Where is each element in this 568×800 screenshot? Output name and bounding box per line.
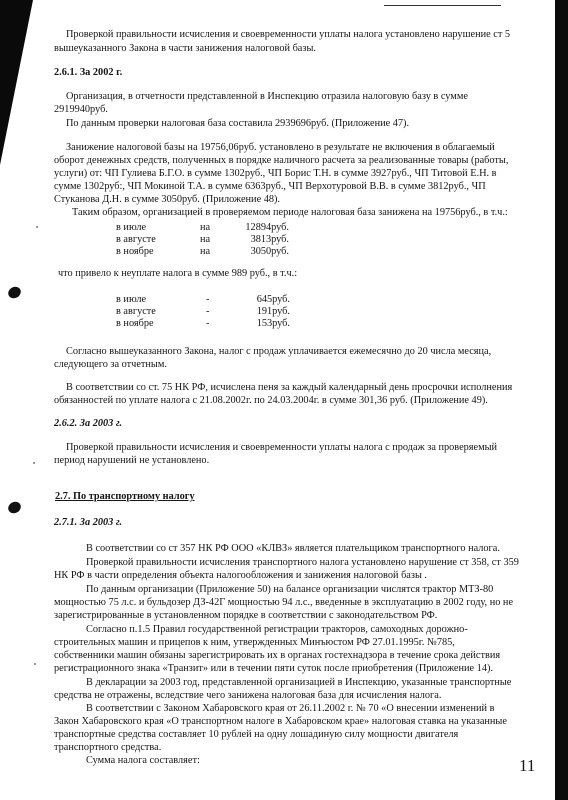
- month-cell: в августе: [116, 306, 156, 318]
- paragraph-line: Закон Хабаровского края «О транспортном …: [54, 716, 507, 728]
- paragraph-line: транспортные средства составляет 10 рубл…: [54, 729, 458, 741]
- section-heading-2-7: 2.7. По транспортному налогу: [55, 491, 195, 503]
- paragraph-line: Сумма налога составляет:: [86, 755, 200, 767]
- scanned-document-page: Проверкой правильности исчисления и свое…: [0, 0, 568, 800]
- sep-cell: -: [206, 306, 209, 318]
- month-cell: в ноябре: [116, 246, 154, 258]
- amount-cell: 191руб.: [240, 306, 290, 318]
- scan-speck: [33, 462, 35, 464]
- paragraph-line: 2919940руб.: [54, 104, 108, 116]
- paragraph-line: Занижение налоговой базы на 19756,06руб.…: [66, 142, 495, 154]
- paragraph-line: Проверкой правильности исчисления и свое…: [66, 29, 510, 41]
- paragraph-line: По данным организации (Приложение 50) на…: [86, 584, 493, 596]
- paragraph-line: В декларации за 2003 год, представленной…: [86, 677, 511, 689]
- paragraph-line: Согласно п.1.5 Правил государственной ре…: [86, 624, 468, 636]
- page-number: 11: [519, 757, 535, 775]
- paragraph-line: мощностью 75 л.с. и бульдозер ДЗ-42Г мощ…: [54, 597, 513, 609]
- paragraph-line: следующего за отчетным.: [54, 359, 167, 371]
- scan-shadow-right: [555, 0, 568, 800]
- paragraph-line: средства не отражены, вследствие чего за…: [54, 690, 441, 702]
- paragraph-line: НК РФ в части определения объекта налого…: [54, 570, 427, 582]
- paragraph-line: регистрационного знака «Транзит» или в т…: [54, 663, 493, 675]
- sep-cell: на: [200, 246, 210, 258]
- paragraph-line: сумме 1302руб:, ЧП Мокиной Т.А. в сумме …: [54, 181, 486, 193]
- paragraph-line: В соответствии со ст. 75 НК РФ, исчислен…: [66, 382, 512, 394]
- sep-cell: на: [200, 234, 210, 246]
- paragraph-line: собственники машин обязаны зарегистриров…: [54, 650, 500, 662]
- scan-speck: [34, 663, 36, 665]
- scan-speck: [36, 226, 38, 228]
- paragraph-line: Проверкой правильности исчисления и свое…: [66, 442, 497, 454]
- sep-cell: на: [200, 222, 210, 234]
- paragraph-line: В соответствии с Законом Хабаровского кр…: [86, 703, 494, 715]
- month-cell: в ноябре: [116, 318, 154, 330]
- amount-cell: 3050руб.: [226, 246, 289, 258]
- paragraph-line: период нарушений не установлено.: [54, 455, 209, 467]
- paragraph-line: В соответствии со ст 357 НК РФ ООО «КЛВЗ…: [86, 543, 500, 555]
- paragraph-line: что привело к неуплате налога в сумме 98…: [58, 268, 297, 280]
- amount-cell: 645руб.: [240, 294, 290, 306]
- top-rule: [384, 5, 501, 6]
- month-cell: в июле: [116, 222, 146, 234]
- amount-cell: 153руб.: [240, 318, 290, 330]
- paragraph-line: зарегистрированные в установленном поряд…: [54, 610, 437, 622]
- scan-shadow-left: [0, 0, 40, 800]
- month-cell: в августе: [116, 234, 156, 246]
- paragraph-line: строительных машин и прицепов к ним, утв…: [54, 637, 455, 649]
- sep-cell: -: [206, 294, 209, 306]
- paragraph-line: оборот денежных средств, полученных в по…: [54, 155, 508, 167]
- amount-cell: 12894руб.: [226, 222, 289, 234]
- section-heading-2-6-2: 2.6.2. За 2003 г.: [54, 418, 122, 430]
- month-cell: в июле: [116, 294, 146, 306]
- paragraph-line: Таким образом, организацией в проверяемо…: [72, 207, 508, 219]
- paragraph-line: обязанностей по уплате налога с 21.08.20…: [54, 395, 488, 407]
- paragraph-line: вышеуказанного Закона в части занижения …: [54, 43, 316, 55]
- paragraph-line: услуги) от: ЧП Гулиева Б.Г.О. в сумме 13…: [54, 168, 497, 180]
- paragraph-line: Проверкой правильности исчисления трансп…: [86, 557, 519, 569]
- paragraph-line: Организация, в отчетности представленной…: [66, 91, 468, 103]
- paragraph-line: Стуканова Д.Н. в сумме 3050руб. (Приложе…: [54, 194, 280, 206]
- sep-cell: -: [206, 318, 209, 330]
- section-heading-2-6-1: 2.6.1. За 2002 г.: [54, 67, 122, 79]
- paragraph-line: По данным проверки налоговая база состав…: [66, 118, 409, 130]
- section-heading-2-7-1: 2.7.1. За 2003 г.: [54, 517, 122, 529]
- amount-cell: 3813руб.: [226, 234, 289, 246]
- paragraph-line: Согласно вышеуказанного Закона, налог с …: [66, 346, 491, 358]
- paragraph-line: транспортного средства.: [54, 742, 161, 754]
